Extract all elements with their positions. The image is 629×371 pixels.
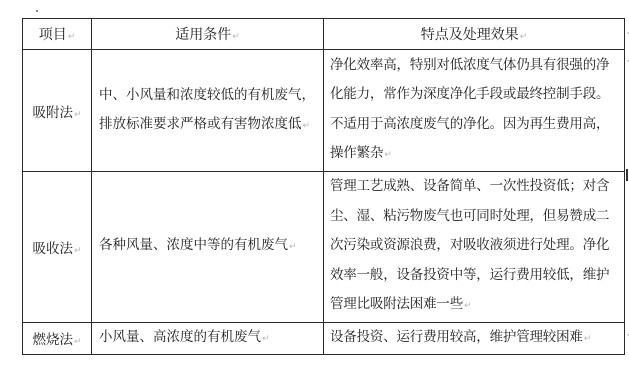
paragraph-mark-icon: ↵: [520, 32, 528, 42]
method-cell[interactable]: 燃烧法↵: [23, 322, 92, 355]
method-text: 吸附法: [32, 105, 73, 121]
header-method-text: 项目: [39, 27, 67, 43]
paragraph-mark-icon: ↵: [74, 337, 82, 347]
method-text: 燃烧法: [32, 332, 73, 348]
table-row: 吸附法↵ 中、小风量和浓度较低的有机废气，排放标准要求严格或有害物浓度低↵ 净化…: [23, 50, 625, 172]
conditions-line: 小风量、高浓度的有机废气: [99, 329, 261, 345]
paragraph-mark-icon: ↵: [74, 246, 82, 256]
paragraph-mark-icon: ↵: [584, 334, 591, 344]
method-text: 吸收法: [32, 241, 73, 257]
conditions-cell[interactable]: 中、小风量和浓度较低的有机废气，排放标准要求严格或有害物浓度低↵: [92, 50, 324, 172]
table-header-row: 项目↵ 适用条件↵ 特点及处理效果↵: [23, 19, 625, 50]
conditions-cell[interactable]: 小风量、高浓度的有机废气↵: [92, 322, 324, 355]
method-cell[interactable]: 吸收法↵: [23, 172, 92, 323]
features-text: 管理工艺成熟、设备简单、一次性投资低；对含尘、湿、粘污物废气也可同时处理，但易赞…: [330, 178, 609, 312]
header-conditions[interactable]: 适用条件↵: [92, 19, 324, 50]
features-text: 设备投资、运行费用较高，维护管理较困难: [330, 329, 583, 345]
table-row: 燃烧法↵ 小风量、高浓度的有机废气↵ 设备投资、运行费用较高，维护管理较困难↵: [23, 322, 625, 355]
features-cell[interactable]: 净化效率高，特别对低浓度气体仍具有很强的净化能力，常作为深度净化手段或最终控制手…: [324, 50, 625, 172]
comparison-table: 项目↵ 适用条件↵ 特点及处理效果↵ 吸附法↵ 中、小风量和浓度较低的有机废气，…: [22, 18, 625, 355]
features-text: 净化效率高，特别对低浓度气体仍具有很强的净化能力，常作为深度净化手段或最终控制手…: [330, 57, 609, 162]
features-cell[interactable]: 管理工艺成熟、设备简单、一次性投资低；对含尘、湿、粘污物废气也可同时处理，但易赞…: [324, 172, 625, 323]
paragraph-mark-icon: ↵: [303, 121, 311, 131]
paragraph-mark-icon: ↵: [68, 32, 76, 42]
row-resize-handle[interactable]: [626, 169, 628, 181]
paragraph-mark-icon: ↵: [464, 301, 471, 311]
conditions-line: 排放标准要求严格或有害物浓度低: [99, 116, 302, 132]
paragraph-mark-icon: ↵: [289, 242, 297, 252]
features-cell[interactable]: 设备投资、运行费用较高，维护管理较困难↵: [324, 322, 625, 355]
conditions-cell[interactable]: 各种风量、浓度中等的有机废气↵: [92, 172, 324, 323]
header-features-text: 特点及处理效果: [421, 27, 519, 43]
header-conditions-text: 适用条件: [175, 27, 231, 43]
page-corner-mark: [36, 10, 38, 12]
header-method[interactable]: 项目↵: [23, 19, 92, 50]
conditions-line: 各种风量、浓度中等的有机废气: [99, 237, 288, 253]
header-features[interactable]: 特点及处理效果↵: [324, 19, 625, 50]
method-cell[interactable]: 吸附法↵: [23, 50, 92, 172]
paragraph-mark-icon: ↵: [74, 110, 82, 120]
table-row: 吸收法↵ 各种风量、浓度中等的有机废气↵ 管理工艺成熟、设备简单、一次性投资低；…: [23, 172, 625, 323]
paragraph-mark-icon: ↵: [262, 334, 270, 344]
paragraph-mark-icon: ↵: [232, 32, 240, 42]
conditions-line: 中、小风量和浓度较低的有机废气，: [99, 87, 315, 103]
paragraph-mark-icon: ↵: [384, 150, 391, 160]
